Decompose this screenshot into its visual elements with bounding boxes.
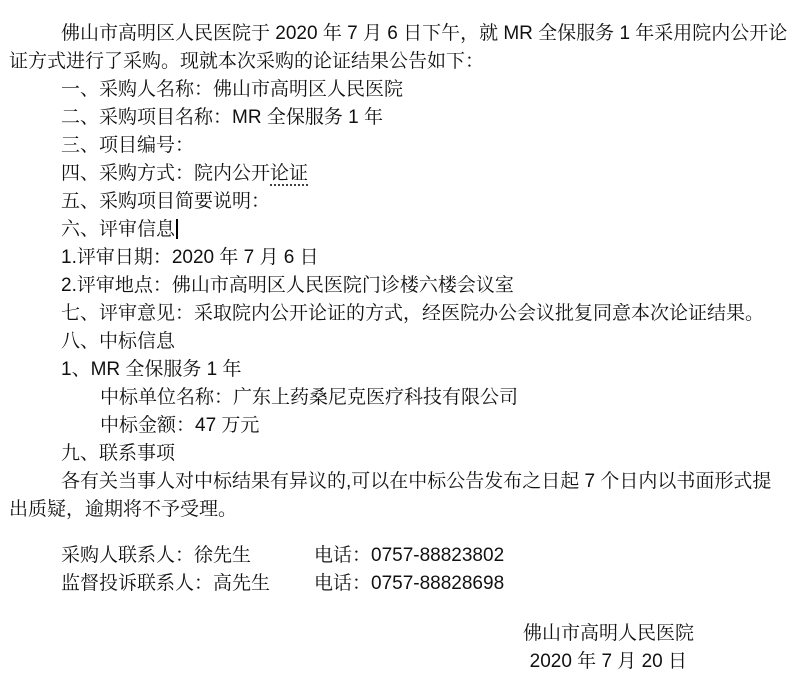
item-project-name[interactable]: 二、采购项目名称：MR 全保服务 1 年 — [9, 104, 795, 132]
supervision-contact-phone: 电话：0757-88828698 — [314, 573, 504, 594]
item-buyer-name[interactable]: 一、采购人名称：佛山市高明区人民医院 — [9, 76, 795, 104]
item-review-opinion[interactable]: 七、评审意见：采取院内公开论证的方式，经医院办公会议批复同意本次论证结果。 — [9, 300, 795, 328]
item-review-info[interactable]: 六、评审信息 — [9, 216, 795, 244]
objection-line-1[interactable]: 各有关当事人对中标结果有异议的,可以在中标公告发布之日起 7 个日内以书面形式提 — [9, 468, 795, 496]
supervision-contact-name: 监督投诉联系人：高先生 — [61, 570, 314, 598]
supervision-contact-line[interactable]: 监督投诉联系人：高先生电话：0757-88828698 — [9, 570, 795, 598]
review-place-line[interactable]: 2.评审地点：佛山市高明区人民医院门诊楼六楼会议室 — [9, 272, 795, 300]
review-date-line[interactable]: 1.评审日期：2020 年 7 月 6 日 — [9, 244, 795, 272]
intro-line-2[interactable]: 证方式进行了采购。现就本次采购的论证结果公告如下： — [9, 48, 795, 76]
item-brief-description[interactable]: 五、采购项目简要说明： — [9, 188, 795, 216]
document-page[interactable]: 佛山市高明区人民医院于 2020 年 7 月 6 日下午，就 MR 全保服务 1… — [0, 0, 805, 677]
spellcheck-underline: 论证 — [270, 163, 308, 186]
item-project-number[interactable]: 三、项目编号： — [9, 132, 795, 160]
item-contact-header[interactable]: 九、联系事项 — [9, 440, 795, 468]
award-item-line[interactable]: 1、MR 全保服务 1 年 — [9, 356, 795, 384]
buyer-contact-line[interactable]: 采购人联系人：徐先生电话：0757-88823802 — [9, 542, 795, 570]
signature-organization[interactable]: 佛山市高明人民医院 — [9, 620, 795, 648]
intro-line-1[interactable]: 佛山市高明区人民医院于 2020 年 7 月 6 日下午，就 MR 全保服务 1… — [9, 20, 795, 48]
award-supplier-line[interactable]: 中标单位名称：广东上药桑尼克医疗科技有限公司 — [9, 384, 795, 412]
item-procurement-method[interactable]: 四、采购方式：院内公开论证 — [9, 160, 795, 188]
procurement-method-text: 四、采购方式：院内公开 — [61, 163, 270, 184]
item-award-header[interactable]: 八、中标信息 — [9, 328, 795, 356]
blank-line — [9, 524, 795, 542]
award-amount-line[interactable]: 中标金额：47 万元 — [9, 412, 795, 440]
objection-line-2[interactable]: 出质疑，逾期将不予受理。 — [9, 496, 795, 524]
buyer-contact-phone: 电话：0757-88823802 — [314, 545, 504, 566]
review-info-text: 六、评审信息 — [61, 219, 175, 240]
signature-date[interactable]: 2020 年 7 月 20 日 — [9, 648, 795, 676]
blank-line — [9, 598, 795, 620]
text-cursor — [176, 219, 178, 239]
buyer-contact-name: 采购人联系人：徐先生 — [61, 542, 314, 570]
